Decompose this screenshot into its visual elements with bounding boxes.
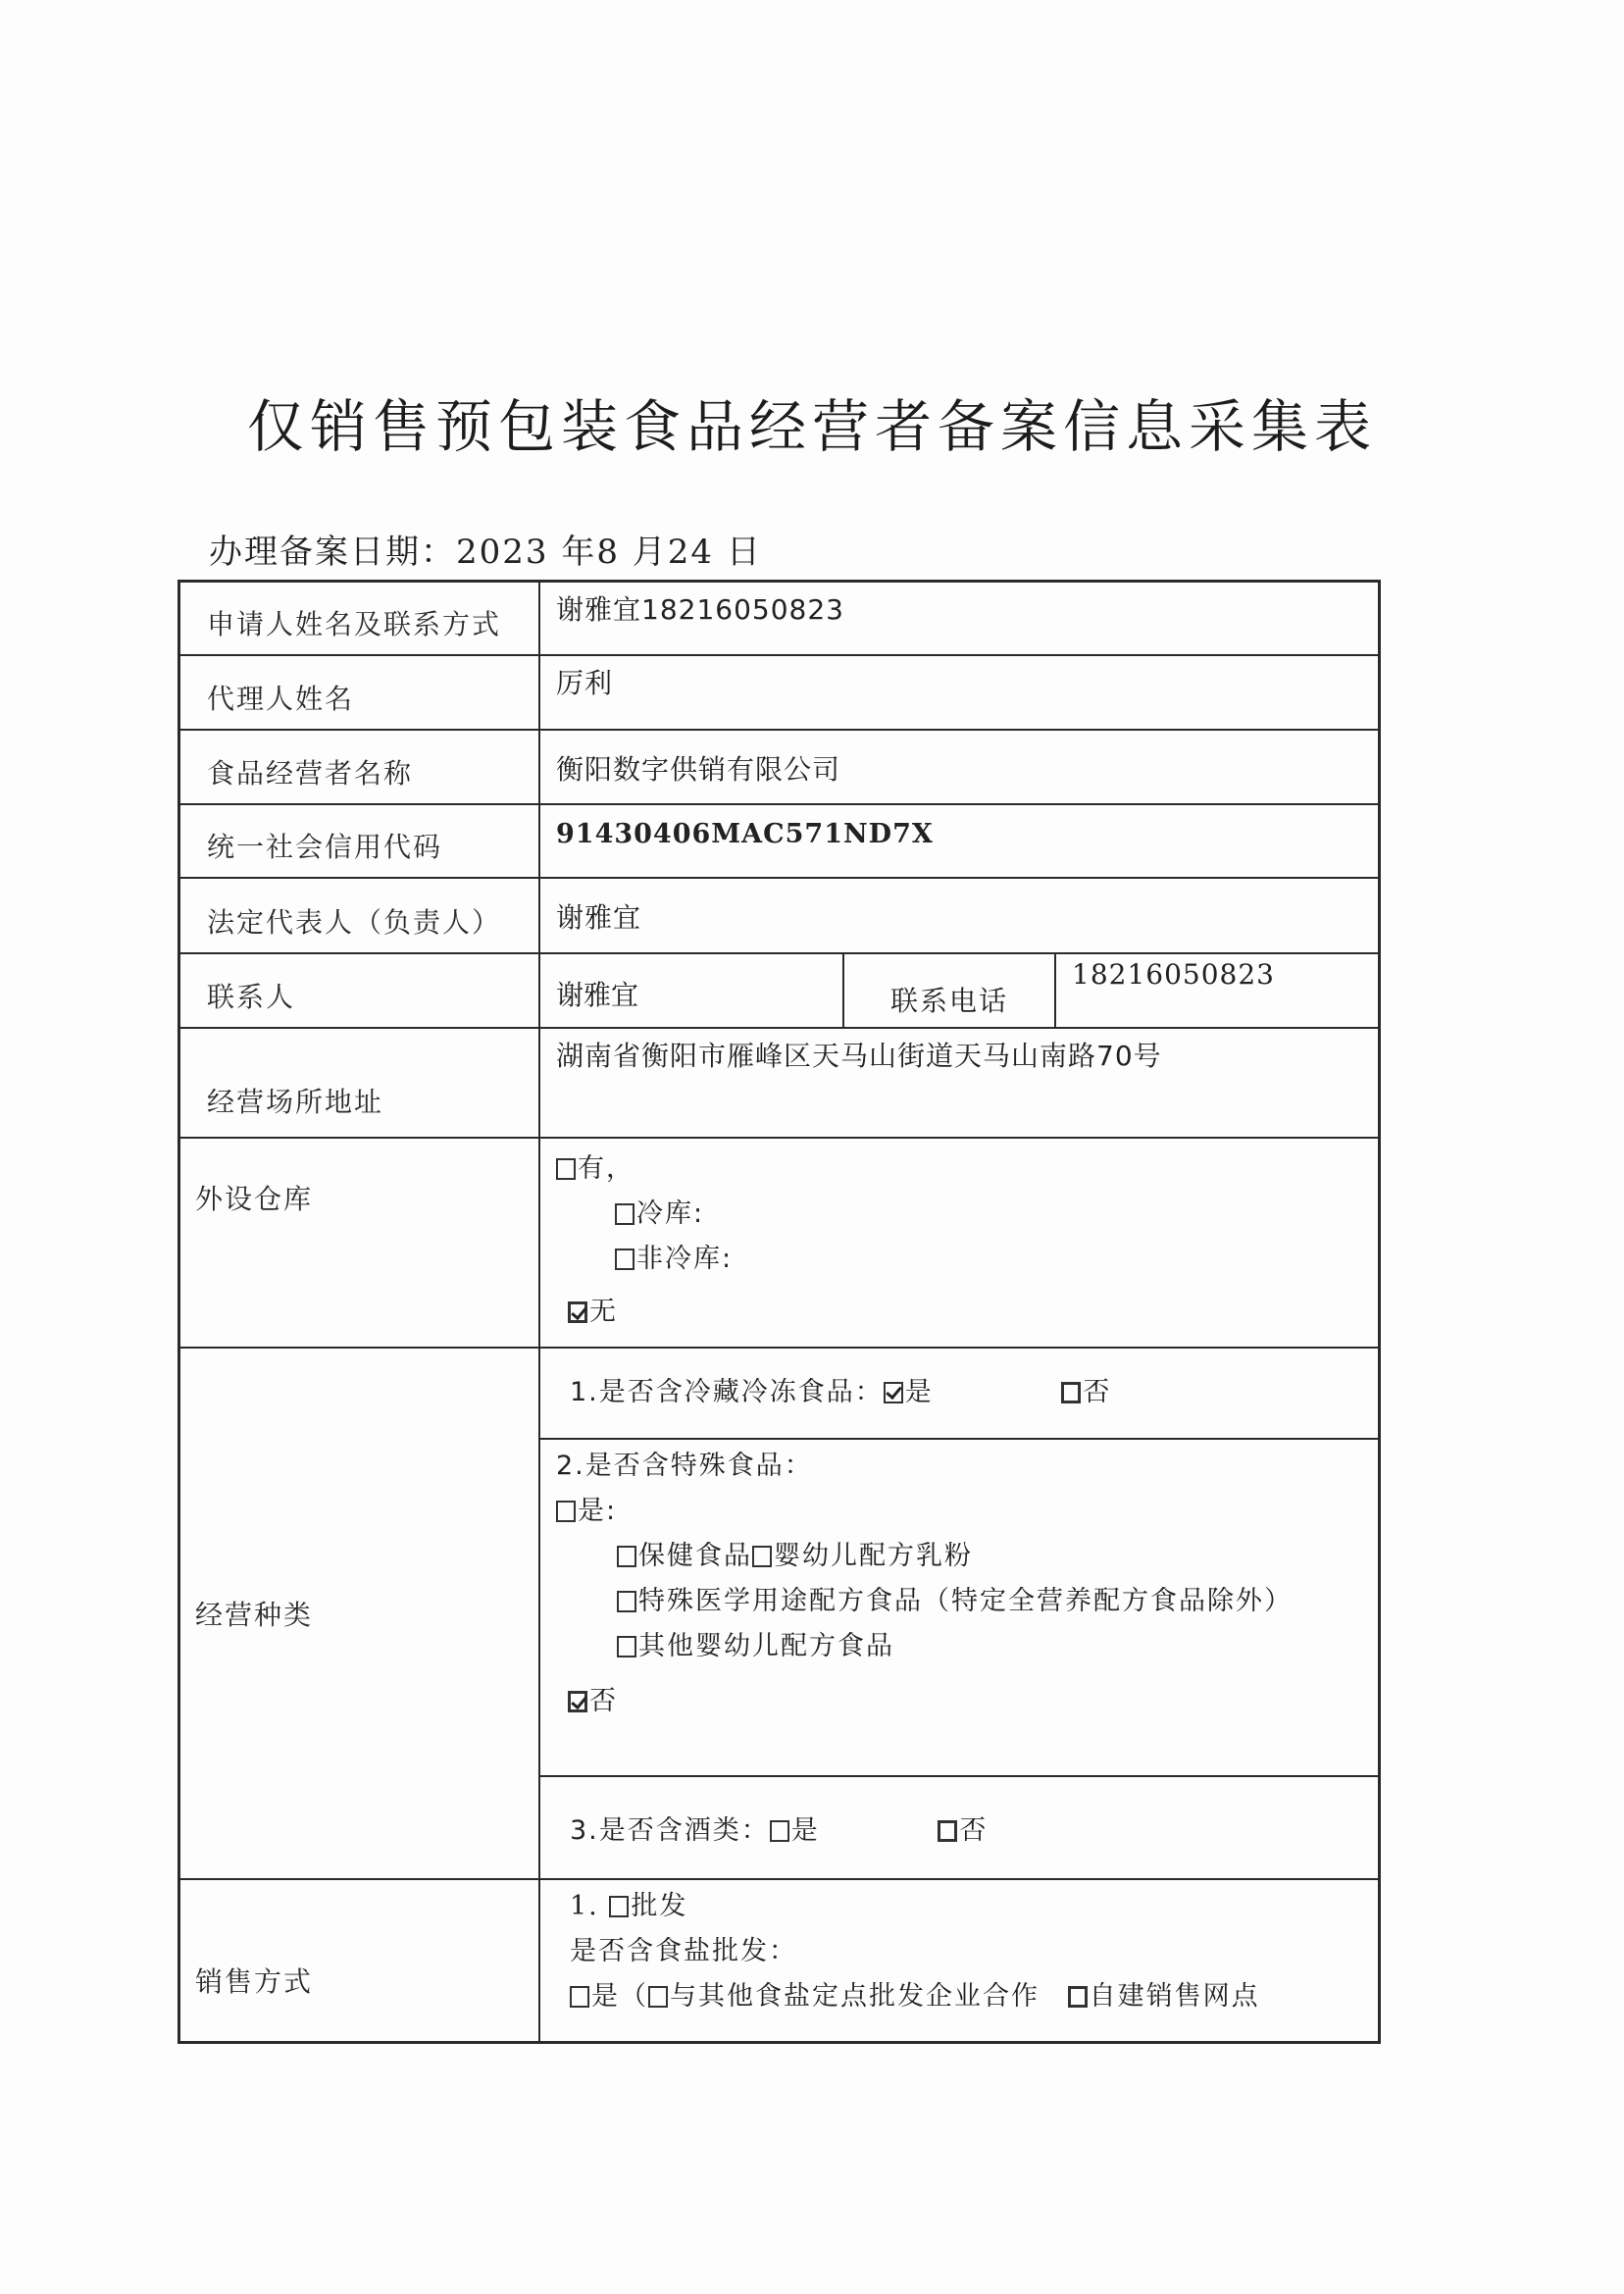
item-number: 1. — [570, 1891, 599, 1921]
field-credit-code[interactable]: 91430406MAC571ND7X — [540, 805, 1378, 877]
checked-checkbox-icon[interactable] — [884, 1382, 903, 1403]
question-text: 3.是否含酒类： — [570, 1815, 770, 1846]
option-other-infant-formula[interactable]: 其他婴幼儿配方食品 — [556, 1624, 1378, 1669]
filing-date-year: 2023 — [456, 533, 549, 572]
filing-date: 办理备案日期：2023 年8 月24 日 — [209, 525, 762, 573]
checked-checkbox-icon[interactable] — [568, 1301, 587, 1323]
row-contact: 联系人 谢雅宜 联系电话 18216050823 — [180, 954, 1378, 1029]
row-operator-name: 食品经营者名称 衡阳数字供销有限公司 — [180, 731, 1378, 805]
warehouse-options: 有， 冷库: 非冷库: 无 — [540, 1139, 1378, 1347]
filing-date-month: 8 — [596, 533, 620, 572]
option-label: 有， — [578, 1153, 634, 1184]
row-business-type: 经营种类 1.是否含冷藏冷冻食品：是 否 2.是否含特殊食品： 是: 保健食品婴… — [180, 1349, 1378, 1880]
label-operator-name: 食品经营者名称 — [180, 731, 540, 803]
checkbox-icon[interactable] — [1061, 1382, 1081, 1403]
option-health-and-infant-powder: 保健食品婴幼儿配方乳粉 — [556, 1534, 1378, 1579]
label-legal-rep: 法定代表人（负责人） — [180, 879, 540, 952]
checkbox-icon[interactable] — [615, 1203, 634, 1225]
label-agent: 代理人姓名 — [180, 656, 540, 729]
label-sales-method: 销售方式 — [180, 1880, 540, 2041]
option-label: 非冷库: — [636, 1244, 733, 1274]
field-legal-rep[interactable]: 谢雅宜 — [540, 879, 1378, 952]
field-agent[interactable]: 厉利 — [540, 656, 1378, 729]
row-applicant: 申请人姓名及联系方式 谢雅宜18216050823 — [180, 583, 1378, 656]
salt-wholesale-question: 是否含食盐批发： — [570, 1929, 1378, 1974]
question-text: 1.是否含冷藏冷冻食品： — [570, 1377, 884, 1407]
option-salt-yes[interactable]: 是（ — [591, 1981, 648, 2012]
checkbox-icon[interactable] — [617, 1591, 636, 1612]
option-label: 批发 — [631, 1891, 687, 1921]
filing-date-label: 办理备案日期： — [209, 533, 456, 572]
label-business-type: 经营种类 — [180, 1349, 540, 1878]
option-salt-partner[interactable]: 与其他食盐定点批发企业合作 — [670, 1981, 1040, 2012]
field-applicant[interactable]: 谢雅宜18216050823 — [540, 583, 1378, 654]
row-credit-code: 统一社会信用代码 91430406MAC571ND7X — [180, 805, 1378, 879]
checkbox-icon[interactable] — [1068, 1986, 1088, 2008]
checkbox-icon[interactable] — [570, 1986, 589, 2008]
question-alcohol: 3.是否含酒类：是 否 — [540, 1777, 1378, 1878]
label-applicant: 申请人姓名及联系方式 — [180, 583, 540, 654]
row-sales-method: 销售方式 1. 批发 是否含食盐批发： 是（与其他食盐定点批发企业合作 自建销售… — [180, 1880, 1378, 2041]
question-text: 2.是否含特殊食品： — [556, 1444, 1378, 1489]
option-wholesale[interactable]: 1. 批发 — [570, 1884, 1378, 1929]
option-no[interactable]: 否 — [959, 1815, 988, 1846]
label-contact-phone: 联系电话 — [844, 954, 1056, 1027]
checkbox-icon[interactable] — [615, 1249, 634, 1270]
option-yes[interactable]: 是 — [905, 1377, 934, 1407]
day-unit: 日 — [727, 533, 762, 572]
option-special-yes[interactable]: 是: — [556, 1489, 1378, 1534]
year-unit: 年 — [561, 533, 596, 572]
checked-checkbox-icon[interactable] — [568, 1691, 587, 1712]
option-non-cold-storage[interactable]: 非冷库: — [556, 1237, 1378, 1282]
option-no[interactable]: 否 — [1083, 1377, 1111, 1407]
checkbox-icon[interactable] — [609, 1896, 629, 1917]
checkbox-icon[interactable] — [752, 1546, 772, 1567]
label-warehouse: 外设仓库 — [180, 1139, 540, 1347]
checkbox-icon[interactable] — [617, 1636, 636, 1657]
option-yes[interactable]: 是 — [791, 1815, 820, 1846]
salt-wholesale-options: 是（与其他食盐定点批发企业合作 自建销售网点 — [570, 1974, 1378, 2019]
option-special-no[interactable]: 否 — [556, 1679, 1378, 1724]
business-type-questions: 1.是否含冷藏冷冻食品：是 否 2.是否含特殊食品： 是: 保健食品婴幼儿配方乳… — [540, 1349, 1378, 1878]
option-warehouse-none[interactable]: 无 — [556, 1290, 1378, 1335]
option-infant-formula-powder[interactable]: 婴幼儿配方乳粉 — [774, 1541, 973, 1571]
option-label: 其他婴幼儿配方食品 — [638, 1631, 894, 1661]
option-label: 是: — [578, 1496, 617, 1526]
option-salt-self-network[interactable]: 自建销售网点 — [1090, 1981, 1260, 2012]
checkbox-icon[interactable] — [770, 1820, 789, 1842]
field-contact-name[interactable]: 谢雅宜 — [540, 954, 844, 1027]
label-contact: 联系人 — [180, 954, 540, 1027]
label-credit-code: 统一社会信用代码 — [180, 805, 540, 877]
option-label: 否 — [589, 1686, 618, 1716]
document-title: 仅销售预包装食品经营者备案信息采集表 — [0, 381, 1624, 463]
row-legal-rep: 法定代表人（负责人） 谢雅宜 — [180, 879, 1378, 954]
row-address: 经营场所地址 湖南省衡阳市雁峰区天马山街道天马山南路70号 — [180, 1029, 1378, 1139]
row-agent: 代理人姓名 厉利 — [180, 656, 1378, 731]
checkbox-icon[interactable] — [556, 1158, 576, 1180]
checkbox-icon[interactable] — [556, 1501, 576, 1522]
month-unit: 月 — [633, 533, 668, 572]
filing-date-day: 24 — [668, 533, 714, 572]
label-address: 经营场所地址 — [180, 1029, 540, 1137]
option-label: 特殊医学用途配方食品（特定全营养配方食品除外） — [638, 1586, 1293, 1616]
option-cold-storage[interactable]: 冷库: — [556, 1192, 1378, 1237]
option-special-medical[interactable]: 特殊医学用途配方食品（特定全营养配方食品除外） — [556, 1579, 1378, 1624]
filing-form-table: 申请人姓名及联系方式 谢雅宜18216050823 代理人姓名 厉利 食品经营者… — [178, 580, 1381, 2044]
checkbox-icon[interactable] — [617, 1546, 636, 1567]
question-special-food: 2.是否含特殊食品： 是: 保健食品婴幼儿配方乳粉 特殊医学用途配方食品（特定全… — [540, 1440, 1378, 1777]
field-contact-phone[interactable]: 18216050823 — [1056, 954, 1378, 1027]
option-label: 冷库: — [636, 1198, 704, 1229]
contact-split: 谢雅宜 联系电话 18216050823 — [540, 954, 1378, 1027]
question-cold-chain: 1.是否含冷藏冷冻食品：是 否 — [540, 1349, 1378, 1440]
field-operator-name[interactable]: 衡阳数字供销有限公司 — [540, 731, 1378, 803]
option-warehouse-yes[interactable]: 有， — [556, 1147, 1378, 1192]
sales-method-options: 1. 批发 是否含食盐批发： 是（与其他食盐定点批发企业合作 自建销售网点 — [540, 1880, 1378, 2041]
option-health-food[interactable]: 保健食品 — [638, 1541, 752, 1571]
applicant-value: 谢雅宜18216050823 — [556, 593, 844, 626]
option-label: 无 — [589, 1297, 618, 1327]
checkbox-icon[interactable] — [648, 1986, 668, 2008]
checkbox-icon[interactable] — [938, 1820, 957, 1842]
field-address[interactable]: 湖南省衡阳市雁峰区天马山街道天马山南路70号 — [540, 1029, 1378, 1137]
row-warehouse: 外设仓库 有， 冷库: 非冷库: 无 — [180, 1139, 1378, 1349]
